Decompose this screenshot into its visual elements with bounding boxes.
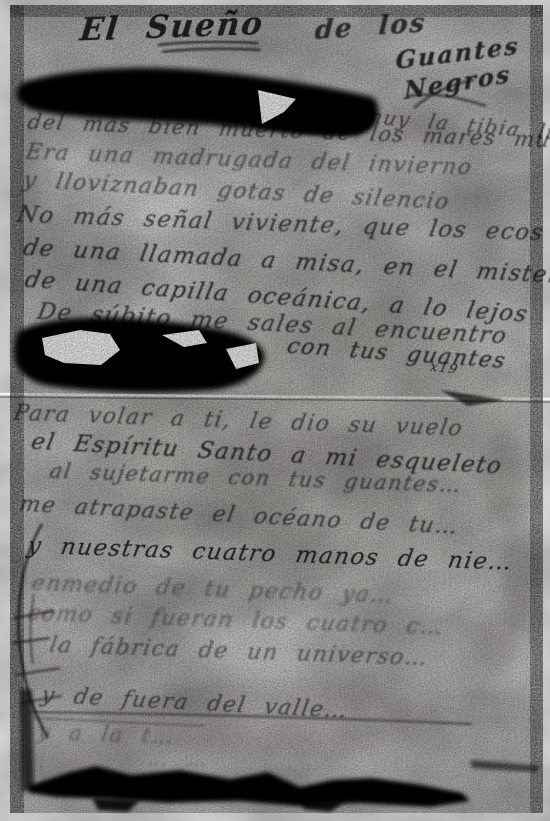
handwritten-line: y nuestras cuatro manos de nie… [25,533,515,576]
handwritten-line: me atrapaste el océano de tu… [17,492,461,540]
handwritten-line: y a la t… [36,720,177,749]
handwritten-line: la fábrica de un universo… [48,633,431,671]
handwritten-line: … … [146,746,211,772]
handwritten-line: y de fuera del valle… [39,683,350,724]
manuscript-scan: El Sueñode losGuantesNegrosmuy la tibia … [0,0,550,821]
handwriting-lines: El Sueñode losGuantesNegrosmuy la tibia … [0,0,550,821]
title-word: El Sueño [78,6,266,49]
handwritten-line: resucitada y … [58,360,254,391]
title-word: de los [314,8,427,46]
handwritten-line: x19 [428,360,460,378]
